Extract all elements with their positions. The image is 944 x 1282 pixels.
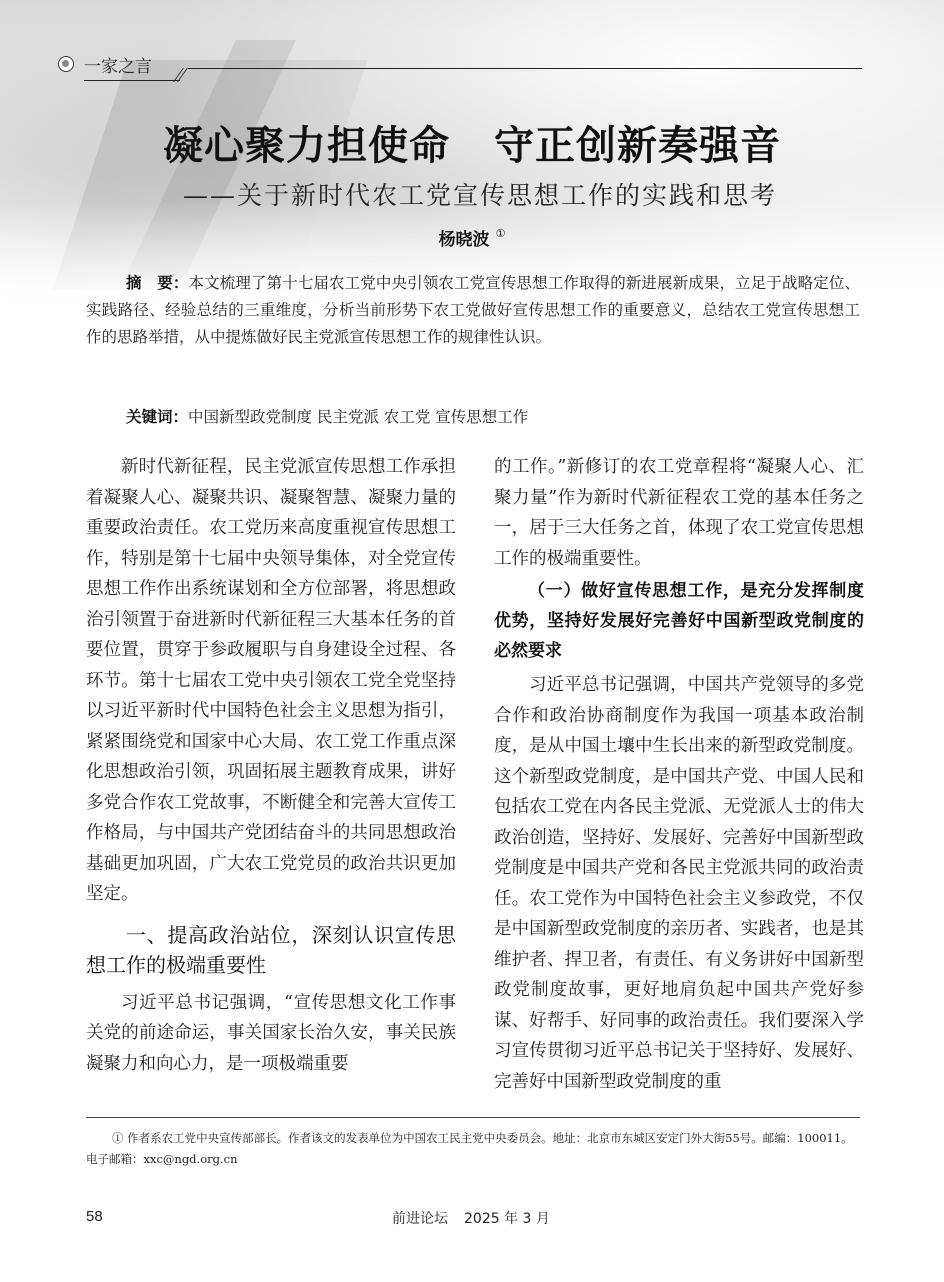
author-footnote-marker[interactable]: ① <box>496 227 506 240</box>
body-column-left: 新时代新征程，民主党派宣传思想工作承担着凝聚人心、凝聚共识、凝聚智慧、凝聚力量的… <box>86 452 456 1079</box>
circle-bullet-icon <box>58 56 74 72</box>
footnote-divider <box>86 1117 860 1118</box>
section-rule-short <box>84 80 180 81</box>
keywords-text: 中国新型政党制度 民主党派 农工党 宣传思想工作 <box>188 408 528 426</box>
section-heading-1: 一、提高政治站位，深刻认识宣传思想工作的极端重要性 <box>86 920 456 980</box>
abstract: 摘 要：本文梳理了第十七届农工党中央引领农工党宣传思想工作取得的新进展新成果，立… <box>86 270 860 351</box>
subsection-heading-1: （一）做好宣传思想工作，是充分发挥制度优势，坚持好发展好完善好中国新型政党制度的… <box>494 576 864 666</box>
body-column-right: 的工作。”新修订的农工党章程将“凝聚人心、汇聚力量”作为新时代新征程农工党的基本… <box>494 452 864 1097</box>
page-number: 58 <box>86 1208 103 1225</box>
keywords: 关键词：中国新型政党制度 民主党派 农工党 宣传思想工作 <box>126 404 860 431</box>
abstract-text: 本文梳理了第十七届农工党中央引领农工党宣传思想工作取得的新进展新成果，立足于战略… <box>86 274 860 346</box>
section-label: 一家之言 <box>84 52 152 77</box>
issue-date: 2025 年 3 月 <box>464 1211 550 1227</box>
body-paragraph: 新时代新征程，民主党派宣传思想工作承担着凝聚人心、凝聚共识、凝聚智慧、凝聚力量的… <box>86 452 456 910</box>
author-name: 杨晓波 <box>439 230 490 250</box>
footnote: ① 作者系农工党中央宣传部部长。作者该文的发表单位为中国农工民主党中央委员会。地… <box>86 1128 860 1170</box>
journal-footer: 前进论坛2025 年 3 月 <box>392 1208 550 1228</box>
section-rule-long <box>188 68 862 69</box>
body-paragraph: 习近平总书记强调，中国共产党领导的多党合作和政治协商制度作为我国一项基本政治制度… <box>494 670 864 1097</box>
title-part-1: 凝心聚力担使命 <box>163 123 450 169</box>
keywords-label: 关键词： <box>126 408 188 426</box>
article-subtitle: ——关于新时代农工党宣传思想工作的实践和思考 <box>120 176 840 212</box>
section-header: 一家之言 <box>58 52 862 86</box>
title-part-2: 守正创新奏强音 <box>494 123 781 169</box>
article-title: 凝心聚力担使命守正创新奏强音 <box>0 114 944 171</box>
body-paragraph: 的工作。”新修订的农工党章程将“凝聚人心、汇聚力量”作为新时代新征程农工党的基本… <box>494 452 864 574</box>
author-line: 杨晓波① <box>0 225 944 250</box>
abstract-label: 摘 要： <box>126 274 188 292</box>
journal-name: 前进论坛 <box>392 1211 448 1227</box>
body-paragraph: 习近平总书记强调，“宣传思想文化工作事关党的前途命运，事关国家长治久安，事关民族… <box>86 988 456 1080</box>
